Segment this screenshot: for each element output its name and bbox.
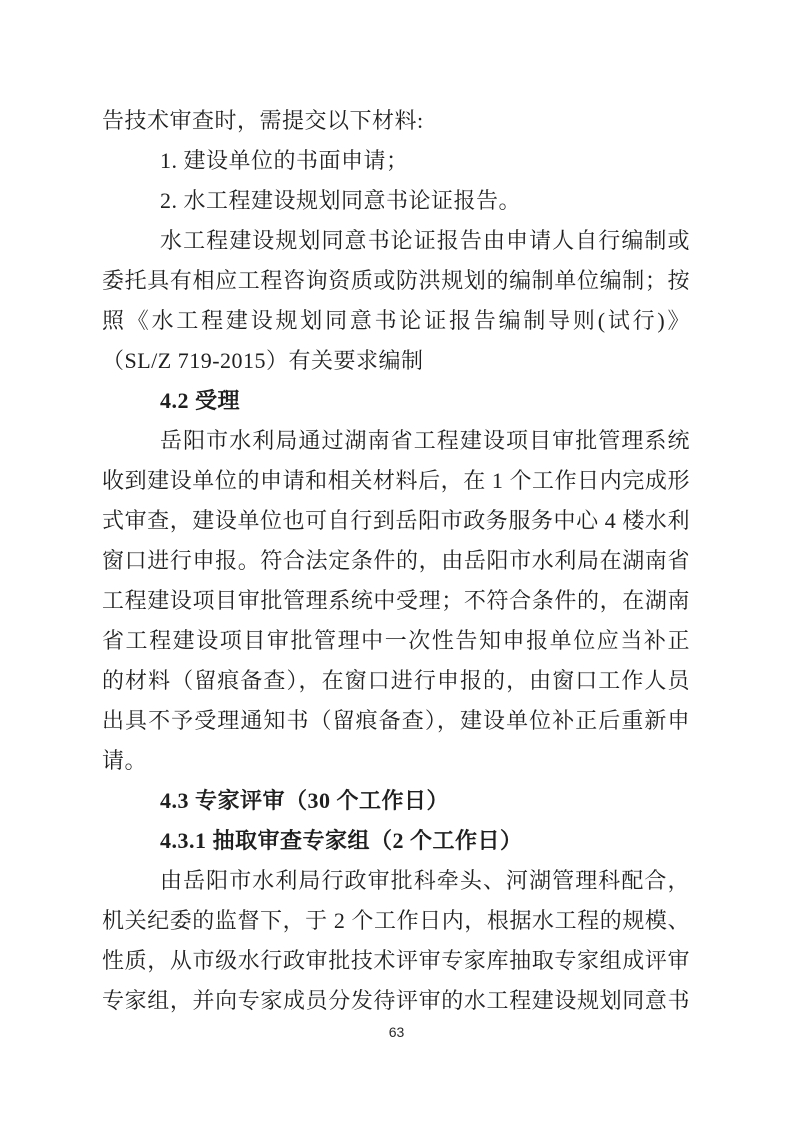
body-line: 请。 [102, 741, 690, 781]
body-line: 专家组，并向专家成员分发待评审的水工程建设规划同意书 [102, 981, 690, 1021]
body-line: 委托具有相应工程咨询资质或防洪规划的编制单位编制；按 [102, 261, 690, 301]
body-line: 由岳阳市水利局行政审批科牵头、河湖管理科配合，在 [102, 861, 690, 901]
document-body: 告技术审查时，需提交以下材料: 1. 建设单位的书面申请； 2. 水工程建设规划… [102, 101, 690, 1021]
body-line: 性质，从市级水行政审批技术评审专家库抽取专家组成评审 [102, 941, 690, 981]
body-line: 工程建设项目审批管理系统中受理；不符合条件的，在湖南 [102, 581, 690, 621]
heading-4-3-1: 4.3.1 抽取审查专家组（2 个工作日） [102, 821, 690, 861]
body-line: 收到建设单位的申请和相关材料后，在 1 个工作日内完成形 [102, 461, 690, 501]
body-line: 照《水工程建设规划同意书论证报告编制导则(试行)》 [102, 301, 690, 341]
document-page: 告技术审查时，需提交以下材料: 1. 建设单位的书面申请； 2. 水工程建设规划… [0, 0, 793, 1122]
body-line: （SL/Z 719-2015）有关要求编制 [102, 341, 690, 381]
body-line: 岳阳市水利局通过湖南省工程建设项目审批管理系统 [102, 421, 690, 461]
heading-4-3: 4.3 专家评审（30 个工作日） [102, 781, 690, 821]
body-line: 式审查，建设单位也可自行到岳阳市政务服务中心 4 楼水利 [102, 501, 690, 541]
body-line: 告技术审查时，需提交以下材料: [102, 101, 690, 141]
heading-4-2: 4.2 受理 [102, 381, 690, 421]
body-line: 窗口进行申报。符合法定条件的，由岳阳市水利局在湖南省 [102, 541, 690, 581]
list-item-1: 1. 建设单位的书面申请； [102, 141, 690, 181]
body-line: 出具不予受理通知书（留痕备查），建设单位补正后重新申 [102, 701, 690, 741]
page-number: 63 [0, 1024, 793, 1040]
body-line: 的材料（留痕备查），在窗口进行申报的，由窗口工作人员 [102, 661, 690, 701]
body-line: 水工程建设规划同意书论证报告由申请人自行编制或 [102, 221, 690, 261]
body-line: 省工程建设项目审批管理中一次性告知申报单位应当补正 [102, 621, 690, 661]
list-item-2: 2. 水工程建设规划同意书论证报告。 [102, 181, 690, 221]
body-line: 机关纪委的监督下，于 2 个工作日内，根据水工程的规模、 [102, 901, 690, 941]
